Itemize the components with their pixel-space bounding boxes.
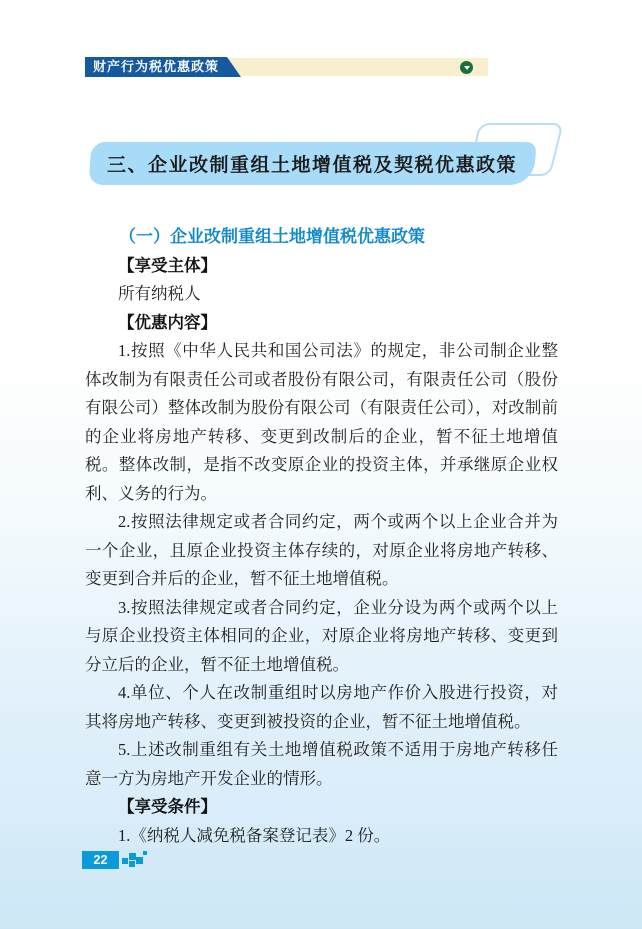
chevron-down-glyph — [464, 66, 470, 70]
chevron-down-icon — [460, 61, 473, 74]
content-block: 1.按照《中华人民共和国公司法》的规定，非公司制企业整体改制为有限责任公司或者股… — [85, 337, 558, 508]
content-block: 3.按照法律规定或者合同约定，企业分设为两个或两个以上与原企业投资主体相同的企业… — [85, 594, 558, 680]
chapter-title-banner: 三、企业改制重组土地增值税及契税优惠政策 — [88, 142, 536, 185]
running-header: 财产行为税优惠政策 — [85, 58, 488, 76]
section-heading: （一）企业改制重组土地增值税优惠政策 — [85, 223, 558, 252]
content-block: 【享受主体】 — [85, 252, 558, 281]
content-block: 所有纳税人 — [85, 280, 558, 309]
content-blocks: 【享受主体】 所有纳税人 【优惠内容】 1.按照《中华人民共和国公司法》的规定，… — [85, 252, 558, 851]
main-content: （一）企业改制重组土地增值税优惠政策 【享受主体】 所有纳税人 【优惠内容】 1… — [85, 223, 558, 850]
content-block: 1.《纳税人减免税备案登记表》2 份。 — [85, 822, 558, 851]
header-chapter-label: 财产行为税优惠政策 — [85, 57, 241, 77]
content-block: 2.按照法律规定或者合同约定，两个或两个以上企业合并为一个企业，且原企业投资主体… — [85, 508, 558, 594]
book-page: 财产行为税优惠政策 三、企业改制重组土地增值税及契税优惠政策 （一）企业改制重组… — [0, 0, 642, 929]
pixel-squares-decoration — [121, 851, 149, 869]
chapter-title: 三、企业改制重组土地增值税及契税优惠政策 — [107, 150, 517, 177]
content-block: 【优惠内容】 — [85, 309, 558, 338]
page-number-badge: 22 — [82, 851, 119, 869]
content-block: 5.上述改制重组有关土地增值税政策不适用于房地产转移任意一方为房地产开发企业的情… — [85, 736, 558, 793]
content-block: 【享受条件】 — [85, 793, 558, 822]
content-block: 4.单位、个人在改制重组时以房地产作价入股进行投资，对其将房地产转移、变更到被投… — [85, 679, 558, 736]
